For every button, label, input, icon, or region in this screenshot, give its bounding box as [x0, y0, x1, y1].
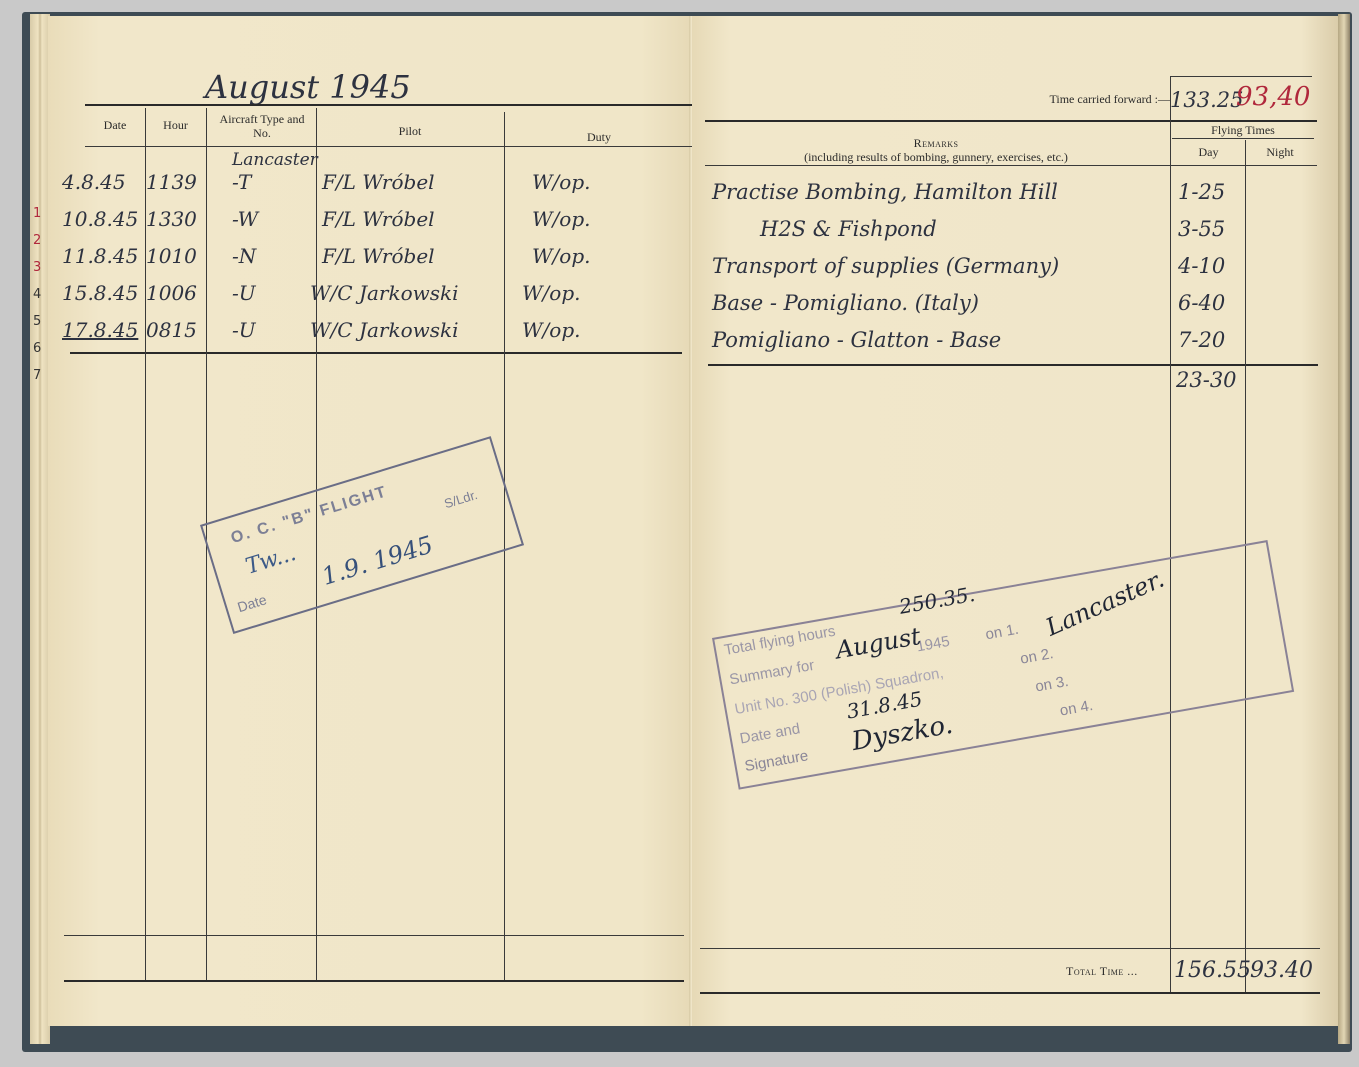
aircraft-type: Lancaster [232, 150, 318, 170]
entry-duty: W/op. [532, 207, 591, 231]
entry-aircraft: -W [232, 207, 258, 231]
entry-pilot: W/C Jarkowski [310, 318, 459, 342]
flying-times-rule [1172, 138, 1314, 139]
header-bottom-rule [85, 146, 692, 147]
carried-forward-day: 133.25 [1170, 88, 1243, 112]
entry-day-time: 6-40 [1178, 291, 1225, 315]
stamp-rank: S/Ldr. [442, 487, 479, 511]
entry-hour: 1139 [146, 170, 197, 194]
header-bottom-rule [705, 165, 1317, 166]
footer-rule-2 [700, 992, 1320, 994]
entry-hour: 1006 [146, 281, 197, 305]
total-time-label: Total Time ... [1066, 964, 1138, 979]
margin-tab: 1 [33, 200, 49, 227]
entry-remark: H2S & Fishpond [760, 217, 937, 241]
flying-times-header: Flying Times [1172, 123, 1314, 137]
entry-hour: 0815 [146, 318, 197, 342]
table-row: 15.8.45 1006 -U W/C Jarkowski W/op. [60, 281, 680, 318]
margin-tab: 2 [33, 227, 49, 254]
stamp-signature: Tw... [243, 541, 299, 580]
entry-aircraft: -N [232, 244, 256, 268]
carried-forward-label: Time carried forward :— [1000, 92, 1170, 106]
column-header-pilot: Pilot [316, 124, 504, 138]
table-row: 17.8.45 0815 -U W/C Jarkowski W/op. [60, 318, 680, 355]
margin-tab: 7 [33, 362, 49, 389]
entry-date: 15.8.45 [62, 281, 138, 305]
stamp-date-label: Date [235, 591, 268, 615]
entry-aircraft: -T [232, 170, 251, 194]
entry-date: 4.8.45 [62, 170, 126, 194]
footer-rule-1 [700, 948, 1320, 949]
page-stack-right [1338, 14, 1350, 1044]
entry-pilot: F/L Wróbel [322, 244, 435, 268]
entry-pilot: F/L Wróbel [322, 207, 435, 231]
month-total-day: 23-30 [1176, 368, 1237, 392]
day-header: Day [1172, 145, 1245, 159]
entries-table: 4.8.45 1139 -T F/L Wróbel W/op. 10.8.45 … [60, 170, 680, 355]
entry-day-time: 3-55 [1178, 217, 1225, 241]
entry-aircraft: -U [232, 281, 256, 305]
footer-rule-1 [64, 935, 684, 936]
table-row: 10.8.45 1330 -W F/L Wróbel W/op. [60, 207, 680, 244]
table-row: H2S & Fishpond 3-55 [712, 217, 1312, 254]
entry-pilot: W/C Jarkowski [310, 281, 459, 305]
entry-remark: Practise Bombing, Hamilton Hill [712, 180, 1058, 204]
remarks-table: Practise Bombing, Hamilton Hill 1-25 H2S… [712, 180, 1312, 365]
margin-tab: 3 [33, 254, 49, 281]
entry-day-time: 4-10 [1178, 254, 1225, 278]
entry-remark: Transport of supplies (Germany) [712, 254, 1059, 278]
entry-duty: W/op. [532, 244, 591, 268]
table-row: 11.8.45 1010 -N F/L Wróbel W/op. [60, 244, 680, 281]
night-header: Night [1245, 145, 1315, 159]
entry-duty: W/op. [532, 170, 591, 194]
remarks-subheader: (including results of bombing, gunnery, … [705, 150, 1167, 164]
table-row: Base - Pomigliano. (Italy) 6-40 [712, 291, 1312, 328]
table-row: Practise Bombing, Hamilton Hill 1-25 [712, 180, 1312, 217]
entry-date: 17.8.45 [62, 318, 138, 342]
column-header-duty: Duty [504, 130, 694, 144]
entry-hour: 1330 [146, 207, 197, 231]
header-top-rule [705, 120, 1317, 122]
margin-tab: 5 [33, 308, 49, 335]
entry-remark: Pomigliano - Glatton - Base [712, 328, 1001, 352]
margin-tabs: 1 2 3 4 5 6 7 [33, 200, 49, 389]
margin-tab: 4 [33, 281, 49, 308]
entry-day-time: 1-25 [1178, 180, 1225, 204]
table-row: 4.8.45 1139 -T F/L Wróbel W/op. [60, 170, 680, 207]
month-heading: August 1945 [205, 68, 411, 106]
column-header-date: Date [85, 118, 145, 132]
table-row: Transport of supplies (Germany) 4-10 [712, 254, 1312, 291]
table-row: Pomigliano - Glatton - Base 7-20 [712, 328, 1312, 365]
entry-hour: 1010 [146, 244, 197, 268]
remarks-header: Remarks [705, 136, 1167, 150]
header-top-rule [85, 104, 692, 106]
margin-tab: 6 [33, 335, 49, 362]
entry-duty: W/op. [522, 318, 581, 342]
entry-remark: Base - Pomigliano. (Italy) [712, 291, 979, 315]
entry-date: 10.8.45 [62, 207, 138, 231]
total-time-day: 156.55 [1174, 958, 1251, 983]
entry-aircraft: -U [232, 318, 256, 342]
entry-day-time: 7-20 [1178, 328, 1225, 352]
column-header-aircraft: Aircraft Type and No. [212, 112, 312, 140]
entry-date: 11.8.45 [62, 244, 138, 268]
page-stack-left [30, 14, 50, 1044]
carried-forward-top-rule [1170, 76, 1312, 77]
right-page [692, 16, 1340, 1026]
footer-rule-2 [64, 980, 684, 982]
entry-duty: W/op. [522, 281, 581, 305]
carried-forward-night: 93,40 [1236, 82, 1310, 112]
column-header-hour: Hour [145, 118, 206, 132]
total-time-night: 93.40 [1250, 958, 1313, 983]
entry-pilot: F/L Wróbel [322, 170, 435, 194]
